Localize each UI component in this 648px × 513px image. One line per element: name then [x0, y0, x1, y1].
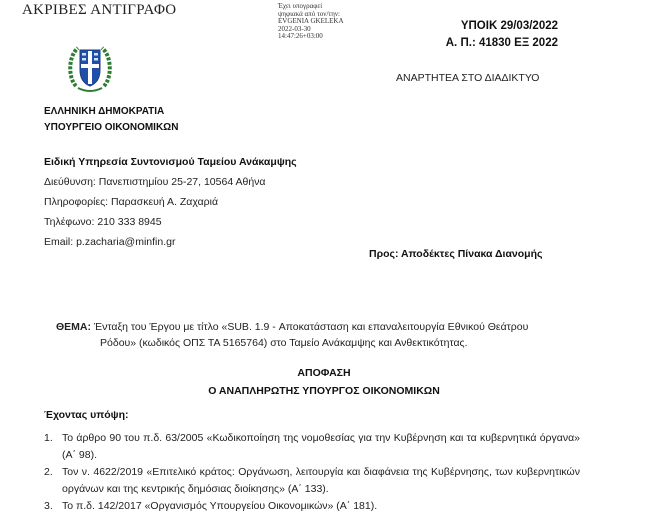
signature-time: 14:47:26+03:00	[278, 33, 344, 41]
service-phone: Τηλέφωνο: 210 333 8945	[44, 212, 297, 232]
subject-text-line2: Ρόδου» (κωδικός ΟΠΣ ΤΑ 5165764) στο Ταμε…	[56, 335, 616, 351]
decision-authority: Ο ΑΝΑΠΛΗΡΩΤΗΣ ΥΠΟΥΡΓΟΣ ΟΙΚΟΝΟΜΙΚΩΝ	[0, 382, 648, 400]
service-contact-person: Πληροφορίες: Παρασκευή Α. Ζαχαριά	[44, 192, 297, 212]
publish-note: ΑΝΑΡΤΗΤΕΑ ΣΤΟ ΔΙΑΔΙΚΤΥΟ	[396, 72, 539, 84]
list-item-text: Το π.δ. 142/2017 «Οργανισμός Υπουργείου …	[62, 498, 580, 513]
list-item-text: Τον ν. 4622/2019 «Επιτελικό κράτος: Οργά…	[62, 464, 580, 498]
republic-name: ΕΛΛΗΝΙΚΗ ΔΗΜΟΚΡΑΤΙΑ	[44, 104, 178, 120]
list-item-number: 3.	[44, 498, 62, 513]
certified-copy-stamp: ΑΚΡΙΒΕΣ ΑΝΤΙΓΡΑΦΟ	[22, 2, 176, 19]
issuer-header: ΕΛΛΗΝΙΚΗ ΔΗΜΟΚΡΑΤΙΑ ΥΠΟΥΡΓΕΙΟ ΟΙΚΟΝΟΜΙΚΩ…	[44, 104, 178, 136]
service-email: Email: p.zacharia@minfin.gr	[44, 232, 297, 252]
list-item: 3. Το π.δ. 142/2017 «Οργανισμός Υπουργεί…	[44, 498, 580, 513]
list-item: 1. Το άρθρο 90 του π.δ. 63/2005 «Κωδικοπ…	[44, 430, 580, 464]
list-item: 2. Τον ν. 4622/2019 «Επιτελικό κράτος: Ο…	[44, 464, 580, 498]
list-item-number: 1.	[44, 430, 62, 464]
digital-signature-block: Έχει υπογραφεί ψηφιακά από τον/την: EVGE…	[278, 3, 344, 41]
subject-label: ΘΕΜΑ:	[56, 321, 91, 333]
decision-title: ΑΠΟΦΑΣΗ	[0, 364, 648, 382]
document-reference: ΥΠΟΙΚ 29/03/2022 Α. Π.: 41830 ΕΞ 2022	[446, 18, 558, 52]
protocol-number: Α. Π.: 41830 ΕΞ 2022	[446, 35, 558, 52]
considering-heading: Έχοντας υπόψη:	[44, 409, 129, 421]
decision-heading: ΑΠΟΦΑΣΗ Ο ΑΝΑΠΛΗΡΩΤΗΣ ΥΠΟΥΡΓΟΣ ΟΙΚΟΝΟΜΙΚ…	[0, 364, 648, 400]
list-item-text: Το άρθρο 90 του π.δ. 63/2005 «Κωδικοποίη…	[62, 430, 580, 464]
recipient-line: Προς: Αποδέκτες Πίνακα Διανομής	[369, 248, 542, 260]
ministry-name: ΥΠΟΥΡΓΕΙΟ ΟΙΚΟΝΟΜΙΚΩΝ	[44, 120, 178, 136]
subject-block: ΘΕΜΑ: Ένταξη του Έργου με τίτλο «SUB. 1.…	[56, 319, 616, 351]
service-contact-block: Ειδική Υπηρεσία Συντονισμού Ταμείου Ανάκ…	[44, 152, 297, 252]
subject-text-line1: Ένταξη του Έργου με τίτλο «SUB. 1.9 - Απ…	[94, 321, 528, 333]
list-item-number: 2.	[44, 464, 62, 498]
greek-coat-of-arms-icon	[66, 42, 114, 94]
considering-list: 1. Το άρθρο 90 του π.δ. 63/2005 «Κωδικοπ…	[44, 430, 580, 513]
service-name: Ειδική Υπηρεσία Συντονισμού Ταμείου Ανάκ…	[44, 152, 297, 172]
service-address: Διεύθυνση: Πανεπιστημίου 25-27, 10564 Αθ…	[44, 172, 297, 192]
reference-date: ΥΠΟΙΚ 29/03/2022	[446, 18, 558, 35]
